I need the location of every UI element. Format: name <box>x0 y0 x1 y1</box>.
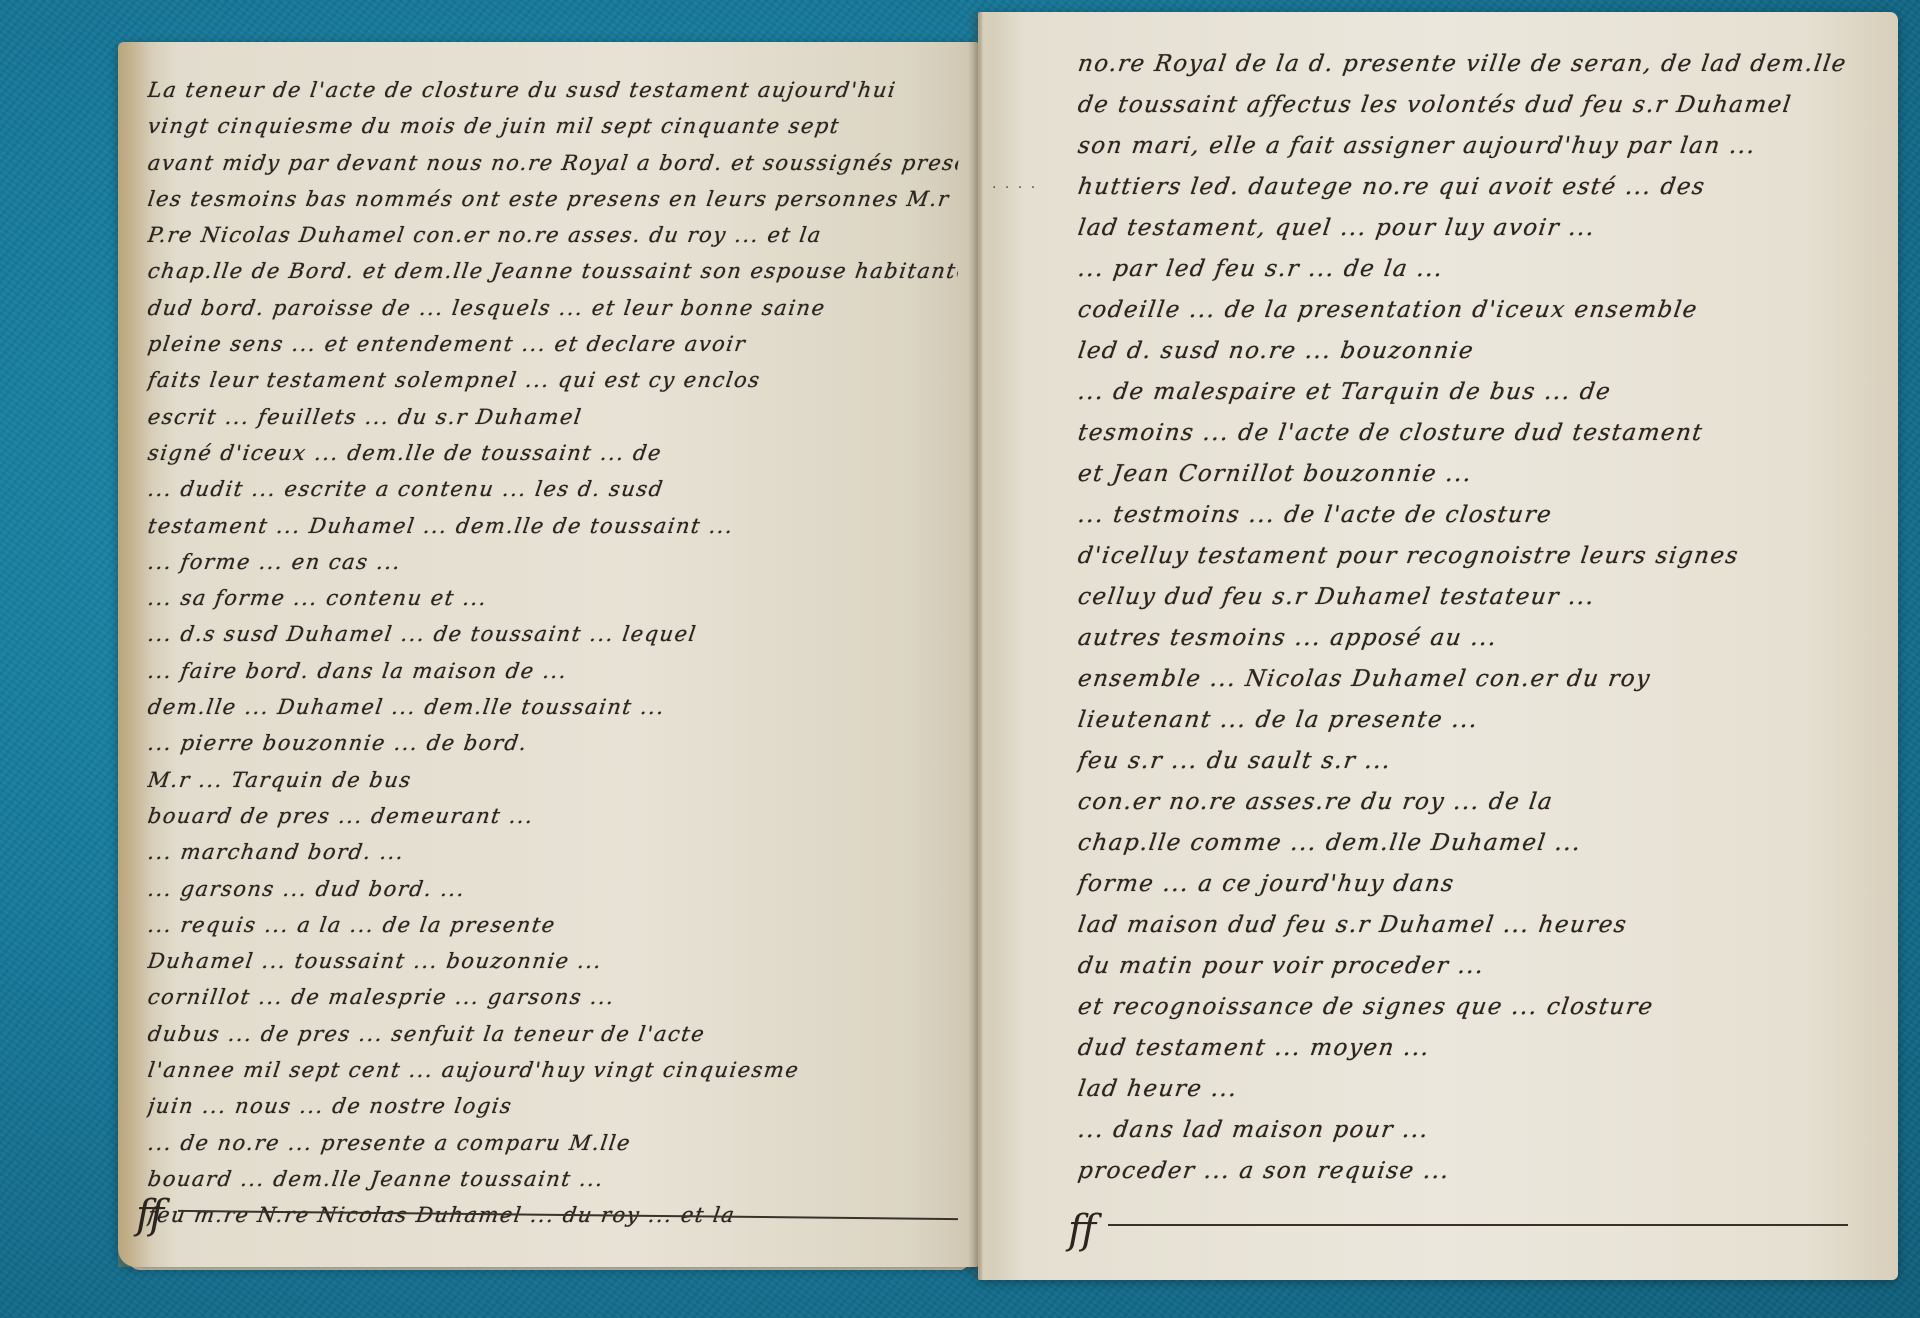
handwritten-line: led d. susd no.re ... bouzonnie <box>1075 331 1871 372</box>
handwritten-line: celluy dud feu s.r Duhamel testateur ... <box>1075 577 1871 618</box>
paraph-flourish: ff <box>136 1192 164 1238</box>
handwritten-line: bouard de pres ... demeurant ... <box>145 798 960 834</box>
handwritten-line: ... de malespaire et Tarquin de bus ... … <box>1075 372 1871 413</box>
center-fold <box>968 12 994 1280</box>
handwritten-line: ... faire bord. dans la maison de ... <box>145 653 960 689</box>
handwritten-line: ensemble ... Nicolas Duhamel con.er du r… <box>1075 659 1871 700</box>
paraph-flourish: ff <box>1068 1207 1096 1253</box>
closing-rule-line <box>1108 1224 1848 1226</box>
left-manuscript-page: La teneur de l'acte de closture du susd … <box>118 42 978 1267</box>
handwritten-line: de toussaint affectus les volontés dud f… <box>1075 85 1871 126</box>
handwritten-line: La teneur de l'acte de closture du susd … <box>145 72 960 108</box>
handwritten-line: codeille ... de la presentation d'iceux … <box>1075 290 1871 331</box>
handwritten-line: M.r ... Tarquin de bus <box>145 762 960 798</box>
handwritten-line: dud bord. paroisse de ... lesquels ... e… <box>145 290 960 326</box>
handwritten-line: cornillot ... de malesprie ... garsons .… <box>145 979 960 1015</box>
handwritten-line: dud testament ... moyen ... <box>1075 1028 1871 1069</box>
handwritten-line: ... dudit ... escrite a contenu ... les … <box>145 471 960 507</box>
handwritten-line: testament ... Duhamel ... dem.lle de tou… <box>145 508 960 544</box>
right-page-text: no.re Royal de la d. presente ville de s… <box>1078 44 1868 1192</box>
handwritten-line: tesmoins ... de l'acte de closture dud t… <box>1075 413 1871 454</box>
handwritten-line: ... sa forme ... contenu et ... <box>145 580 960 616</box>
handwritten-line: forme ... a ce jourd'huy dans <box>1075 864 1871 905</box>
handwritten-line: son mari, elle a fait assigner aujourd'h… <box>1075 126 1871 167</box>
handwritten-line: lad testament, quel ... pour luy avoir .… <box>1075 208 1871 249</box>
handwritten-line: escrit ... feuillets ... du s.r Duhamel <box>145 399 960 435</box>
handwritten-line: l'annee mil sept cent ... aujourd'huy vi… <box>145 1052 960 1088</box>
handwritten-line: lad maison dud feu s.r Duhamel ... heure… <box>1075 905 1871 946</box>
handwritten-line: faits leur testament solempnel ... qui e… <box>145 362 960 398</box>
handwritten-line: lieutenant ... de la presente ... <box>1075 700 1871 741</box>
handwritten-line: ... testmoins ... de l'acte de closture <box>1075 495 1871 536</box>
handwritten-line: Duhamel ... toussaint ... bouzonnie ... <box>145 943 960 979</box>
handwritten-line: dubus ... de pres ... senfuit la teneur … <box>145 1016 960 1052</box>
handwritten-line: ... par led feu s.r ... de la ... <box>1075 249 1871 290</box>
handwritten-line: feu s.r ... du sault s.r ... <box>1075 741 1871 782</box>
handwritten-line: dem.lle ... Duhamel ... dem.lle toussain… <box>145 689 960 725</box>
handwritten-line: lad heure ... <box>1075 1069 1871 1110</box>
handwritten-line: ... dans lad maison pour ... <box>1075 1110 1871 1151</box>
handwritten-line: ... garsons ... dud bord. ... <box>145 871 960 907</box>
handwritten-line: d'icelluy testament pour recognoistre le… <box>1075 536 1871 577</box>
handwritten-line: ... requis ... a la ... de la presente <box>145 907 960 943</box>
handwritten-line: no.re Royal de la d. presente ville de s… <box>1075 44 1871 85</box>
handwritten-line: du matin pour voir proceder ... <box>1075 946 1871 987</box>
handwritten-line: ... d.s susd Duhamel ... de toussaint ..… <box>145 616 960 652</box>
handwritten-line: bouard ... dem.lle Jeanne toussaint ... <box>145 1161 960 1197</box>
handwritten-line: les tesmoins bas nommés ont este presens… <box>145 181 960 217</box>
margin-dots: · · · · <box>992 180 1037 196</box>
handwritten-line: juin ... nous ... de nostre logis <box>145 1088 960 1124</box>
handwritten-line: ... forme ... en cas ... <box>145 544 960 580</box>
right-manuscript-page: · · · · no.re Royal de la d. presente vi… <box>978 12 1898 1280</box>
handwritten-line: pleine sens ... et entendement ... et de… <box>145 326 960 362</box>
handwritten-line: ... marchand bord. ... <box>145 834 960 870</box>
handwritten-line: chap.lle comme ... dem.lle Duhamel ... <box>1075 823 1871 864</box>
handwritten-line: et recognoissance de signes que ... clos… <box>1075 987 1871 1028</box>
handwritten-line: P.re Nicolas Duhamel con.er no.re asses.… <box>145 217 960 253</box>
handwritten-line: proceder ... a son requise ... <box>1075 1151 1871 1192</box>
handwritten-line: chap.lle de Bord. et dem.lle Jeanne tous… <box>145 253 960 289</box>
handwritten-line: huttiers led. dautege no.re qui avoit es… <box>1075 167 1871 208</box>
handwritten-line: signé d'iceux ... dem.lle de toussaint .… <box>145 435 960 471</box>
handwritten-line: vingt cinquiesme du mois de juin mil sep… <box>145 108 960 144</box>
handwritten-line: ... de no.re ... presente a comparu M.ll… <box>145 1125 960 1161</box>
handwritten-line: ... pierre bouzonnie ... de bord. <box>145 725 960 761</box>
left-page-text: La teneur de l'acte de closture du susd … <box>148 72 958 1234</box>
handwritten-line: con.er no.re asses.re du roy ... de la <box>1075 782 1871 823</box>
handwritten-line: autres tesmoins ... apposé au ... <box>1075 618 1871 659</box>
handwritten-line: avant midy par devant nous no.re Royal a… <box>145 145 960 181</box>
handwritten-line: et Jean Cornillot bouzonnie ... <box>1075 454 1871 495</box>
